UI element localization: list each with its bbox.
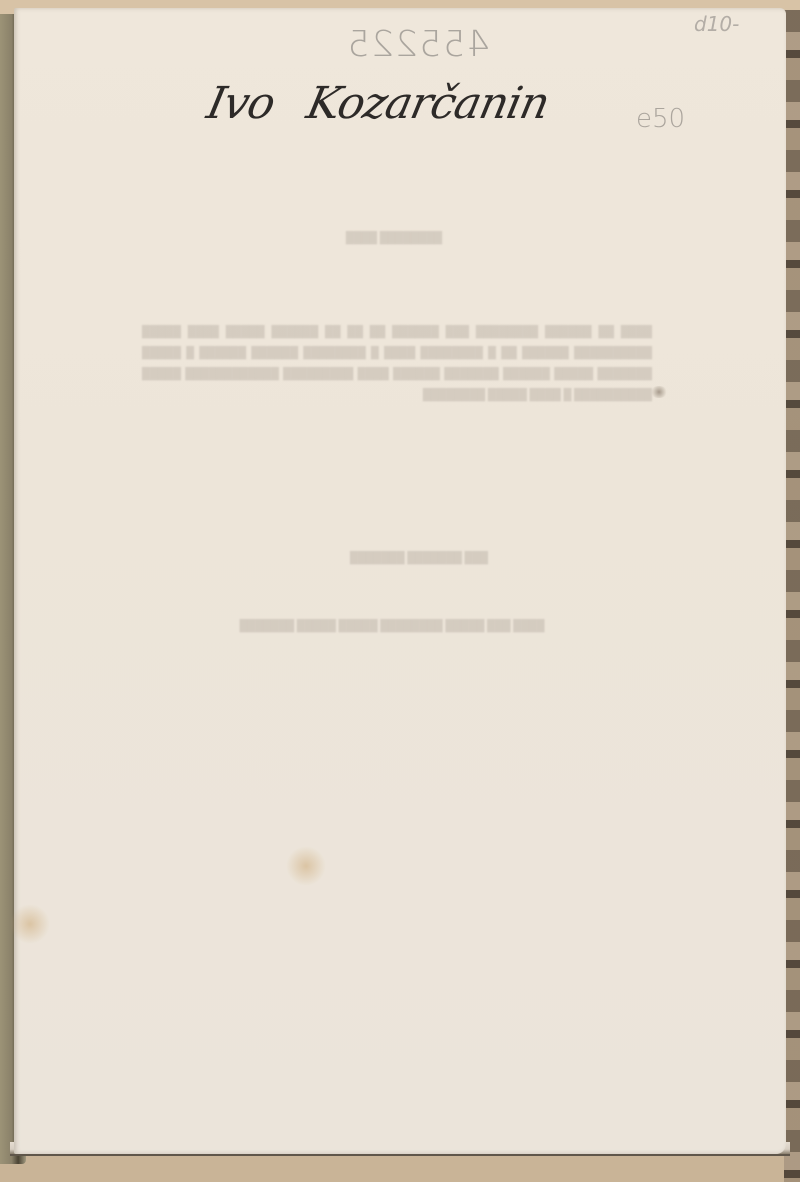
price-note: e50 [636,104,685,134]
show-through-heading: ████████ ████ [314,228,474,249]
show-through-line: ████ ███ █████ ████████ █████ █████ ████… [132,616,652,637]
corner-note: d10- [694,12,739,36]
signature-first-name: Ivo [203,78,280,129]
foxing-stain [286,846,326,886]
owner-signature: IvoKozarčanin [203,78,554,129]
signature-last-name: Kozarčanin [302,78,553,129]
flyleaf-page: ████████ ████ ████ ██ ██████ ████████ ██… [14,8,786,1154]
catalog-number: 455225 [346,24,489,65]
page-stack-edge [784,10,800,1182]
foxing-stain [10,904,50,944]
show-through-line: ███ ███████ ███████ [344,548,494,569]
ink-smudge [650,386,668,398]
show-through-paragraph: ████ ██ ██████ ████████ ███ ██████ ██ ██… [142,322,652,406]
